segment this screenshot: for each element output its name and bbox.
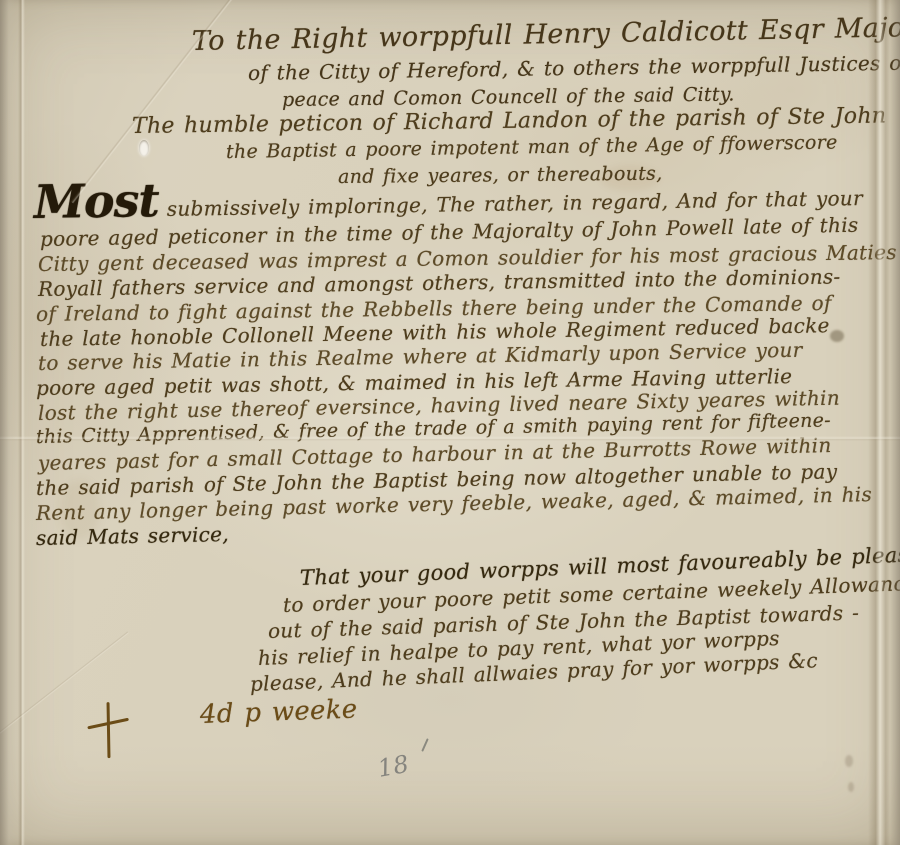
heading-line-2: of the Citty of Hereford, & to others th…	[248, 51, 900, 85]
pencil-number: 18	[376, 750, 412, 783]
fold-crease	[18, 0, 25, 845]
illuminated-initial: Most	[34, 190, 159, 212]
award-note: 4d p weeke	[199, 695, 357, 730]
paper-hole	[139, 140, 149, 156]
faint-mark	[848, 782, 854, 792]
manuscript-paper: To the Right worppfull Henry Caldicott E…	[0, 0, 900, 845]
ink-blot	[830, 330, 844, 342]
cross-mark	[84, 699, 133, 760]
body-line-14: said Mats service,	[36, 522, 229, 550]
cross-mark-stroke	[107, 702, 110, 758]
pencil-tick	[421, 738, 429, 752]
heading-line-1: To the Right worppfull Henry Caldicott E…	[192, 12, 900, 57]
scan-edge	[890, 0, 900, 845]
faint-mark	[845, 755, 853, 767]
scan-edge	[0, 0, 16, 845]
